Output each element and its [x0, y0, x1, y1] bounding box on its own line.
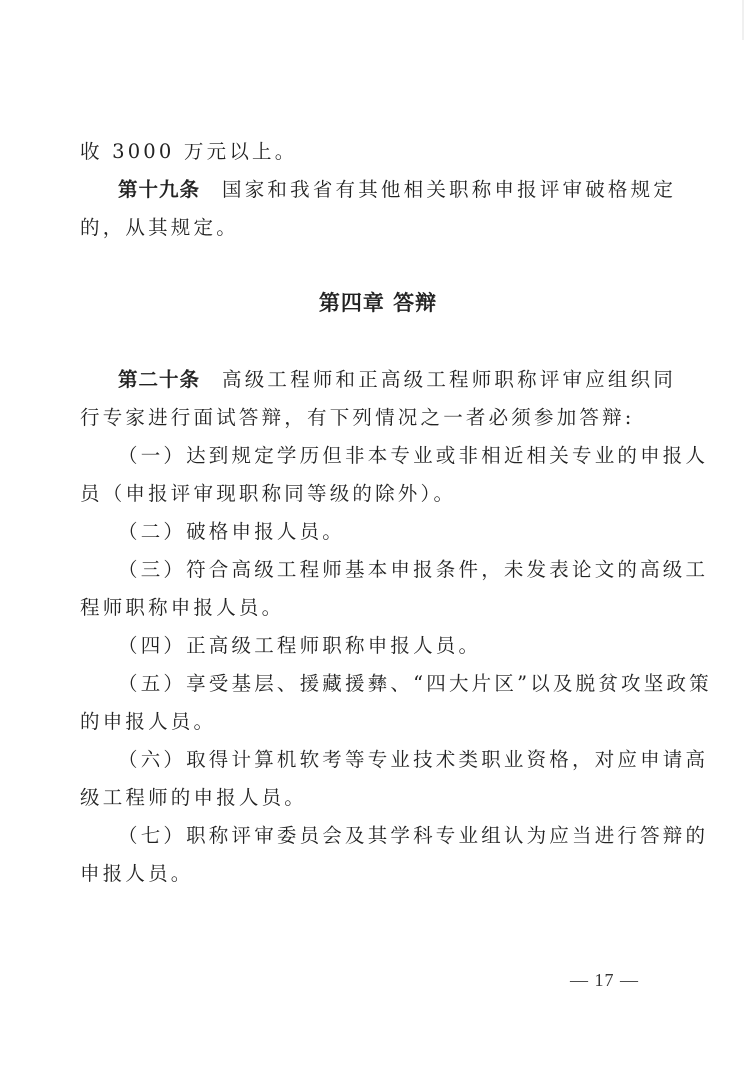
chapter-heading: 第四章 答辩: [0, 290, 756, 316]
page-number: — 17 —: [570, 970, 639, 991]
item-3-line-1: （三）符合高级工程师基本申报条件，未发表论文的高级工: [118, 557, 640, 583]
item-3-line-2: 程师职称申报人员。: [80, 595, 640, 621]
document-page: 收 3000 万元以上。 第十九条国家和我省有其他相关职称申报评审破格规定 的，…: [0, 0, 756, 1069]
scan-edge-mark: [742, 0, 744, 40]
continuation-line: 收 3000 万元以上。: [80, 139, 640, 165]
item-4-line-1: （四）正高级工程师职称申报人员。: [118, 633, 640, 659]
article-19-text: 国家和我省有其他相关职称申报评审破格规定: [222, 178, 676, 201]
article-20-label: 第二十条: [118, 368, 200, 391]
item-2-line-1: （二）破格申报人员。: [118, 519, 640, 545]
article-19-line-2: 的，从其规定。: [80, 215, 640, 241]
article-20-line-2: 行专家进行面试答辩，有下列情况之一者必须参加答辩:: [80, 405, 640, 431]
item-6-line-2: 级工程师的申报人员。: [80, 785, 640, 811]
article-20-text: 高级工程师和正高级工程师职称评审应组织同: [222, 368, 676, 391]
article-19-label: 第十九条: [118, 178, 200, 201]
article-20-line-1: 第二十条高级工程师和正高级工程师职称评审应组织同: [118, 367, 640, 393]
article-19-line-1: 第十九条国家和我省有其他相关职称申报评审破格规定: [118, 177, 640, 203]
item-5-line-2: 的申报人员。: [80, 709, 640, 735]
item-1-line-2: 员（申报评审现职称同等级的除外）。: [80, 481, 640, 507]
item-7-line-2: 申报人员。: [80, 861, 640, 887]
item-6-line-1: （六）取得计算机软考等专业技术类职业资格，对应申请高: [118, 747, 640, 773]
item-7-line-1: （七）职称评审委员会及其学科专业组认为应当进行答辩的: [118, 823, 640, 849]
item-1-line-1: （一）达到规定学历但非本专业或非相近相关专业的申报人: [118, 443, 640, 469]
item-5-line-1: （五）享受基层、援藏援彝、“四大片区”以及脱贫攻坚政策: [118, 671, 640, 697]
